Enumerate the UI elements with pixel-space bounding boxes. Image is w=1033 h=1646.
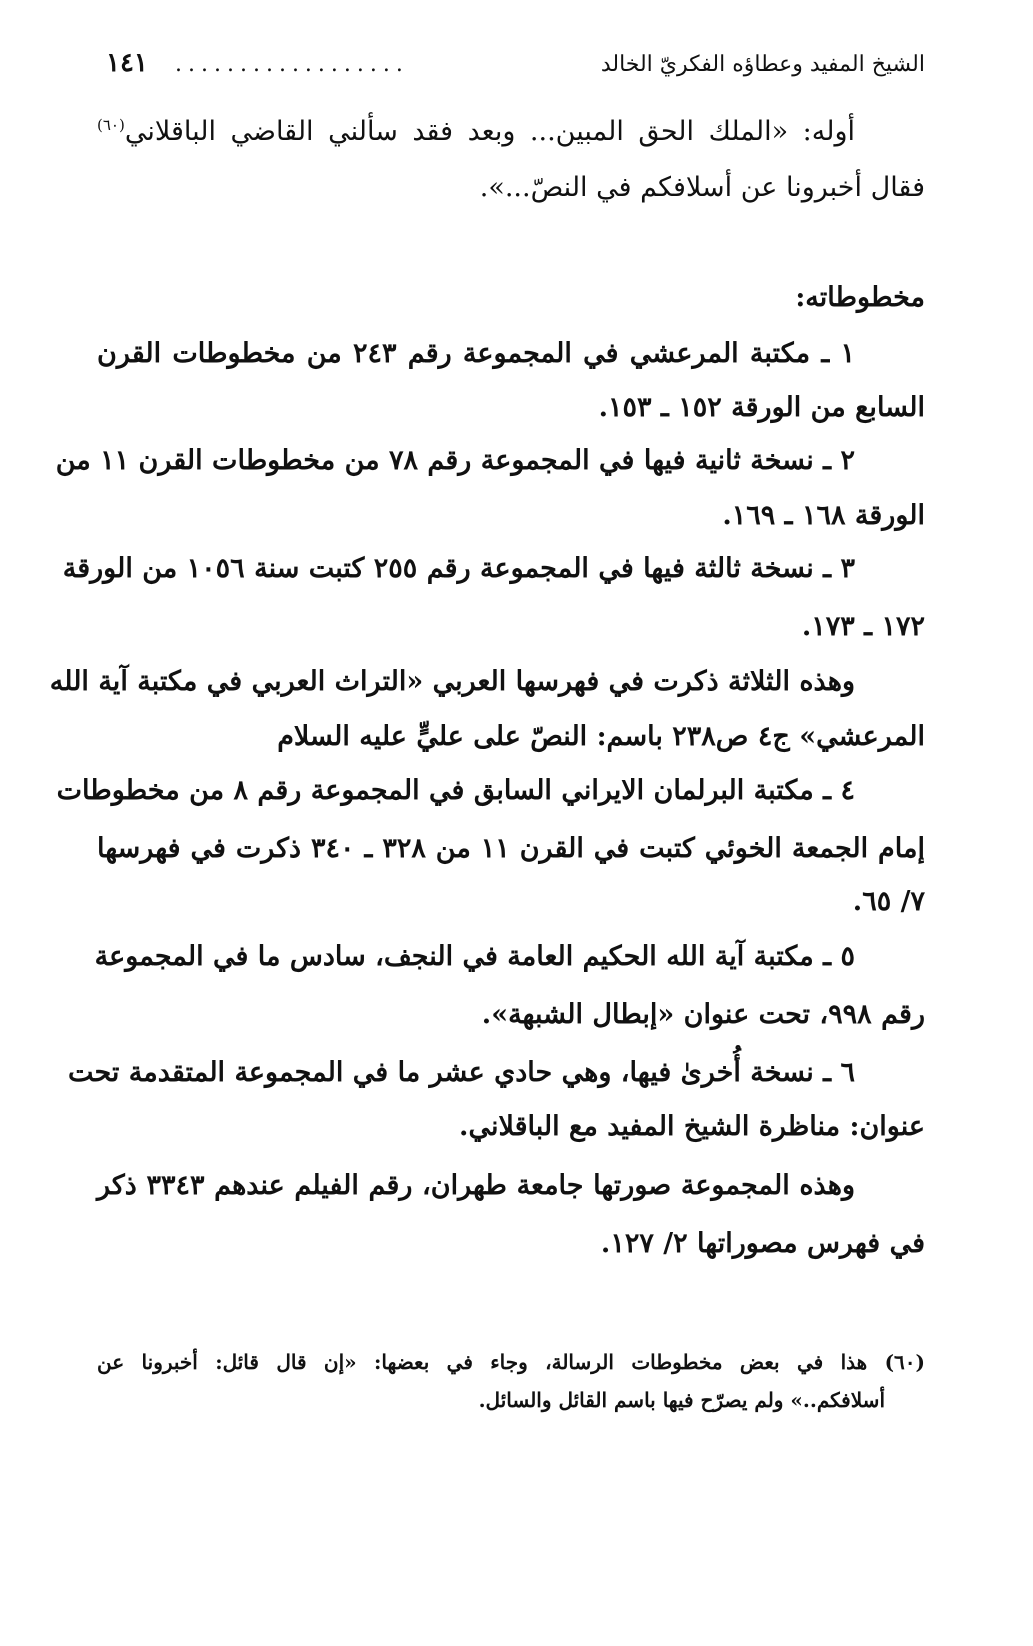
intro-line-1: أوله: «الملك الحق المبين... وبعد فقد سأل… — [97, 118, 925, 145]
manuscript-item-5-line-2: رقم ٩٩٨، تحت عنوان «إبطال الشبهة». — [482, 1001, 925, 1028]
section-heading-manuscripts: مخطوطاته: — [795, 284, 925, 311]
manuscript-item-2-line-2: الورقة ١٦٨ ـ ١٦٩. — [722, 502, 925, 529]
intro-line-1-text: أوله: «الملك الحق المبين... وبعد فقد سأل… — [125, 116, 855, 147]
page-number: ١٤١ — [106, 50, 148, 76]
manuscript-item-1-line-2: السابع من الورقة ١٥٢ ـ ١٥٣. — [599, 394, 925, 421]
manuscript-item-2-line-1: ٢ ـ نسخة ثانية فيها في المجموعة رقم ٧٨ م… — [97, 447, 925, 474]
manuscript-item-6-line-1: ٦ ـ نسخة أُخرىٰ فيها، وهي حادي عشر ما في… — [97, 1059, 925, 1086]
film-note-line-2: في فهرس مصوراتها ٢/ ١٢٧. — [601, 1230, 925, 1257]
catalog-note-line-1: وهذه الثلاثة ذكرت في فهرسها العربي «التر… — [97, 668, 925, 695]
manuscript-item-3-line-2: ١٧٢ ـ ١٧٣. — [802, 613, 925, 640]
film-note-line-1: وهذه المجموعة صورتها جامعة طهران، رقم ال… — [97, 1172, 925, 1199]
manuscript-item-5-line-1: ٥ ـ مكتبة آية الله الحكيم العامة في النج… — [97, 943, 925, 970]
manuscript-item-3-line-1: ٣ ـ نسخة ثالثة فيها في المجموعة رقم ٢٥٥ … — [97, 555, 925, 582]
manuscript-item-6-line-2: عنوان: مناظرة الشيخ المفيد مع الباقلاني. — [459, 1113, 925, 1140]
footnote-60-line-2: أسلافكم..» ولم يصرّح فيها باسم القائل وا… — [479, 1390, 885, 1410]
intro-line-2: فقال أخبرونا عن أسلافكم في النصّ...». — [480, 174, 925, 201]
manuscript-item-4-line-3: ٧/ ٦٥. — [853, 888, 925, 915]
manuscript-item-4-line-1: ٤ ـ مكتبة البرلمان الايراني السابق في ال… — [97, 777, 925, 804]
running-header-title: الشيخ المفيد وعطاؤه الفكريّ الخالد — [601, 54, 925, 76]
catalog-note-line-2: المرعشي» ج٤ ص٢٣٨ باسم: النصّ على عليٍّ ع… — [277, 723, 925, 750]
document-page: الشيخ المفيد وعطاؤه الفكريّ الخالد .....… — [0, 0, 1033, 1646]
running-header-leader-dots: .................. — [175, 54, 409, 76]
footnote-ref-60[interactable]: (٦٠) — [97, 116, 125, 134]
footnote-60-line-1: (٦٠) هذا في بعض مخطوطات الرسالة، وجاء في… — [97, 1352, 925, 1372]
manuscript-item-4-line-2: إمام الجمعة الخوئي كتبت في القرن ١١ من ٣… — [97, 835, 925, 862]
manuscript-item-1-line-1: ١ ـ مكتبة المرعشي في المجموعة رقم ٢٤٣ من… — [97, 340, 925, 367]
